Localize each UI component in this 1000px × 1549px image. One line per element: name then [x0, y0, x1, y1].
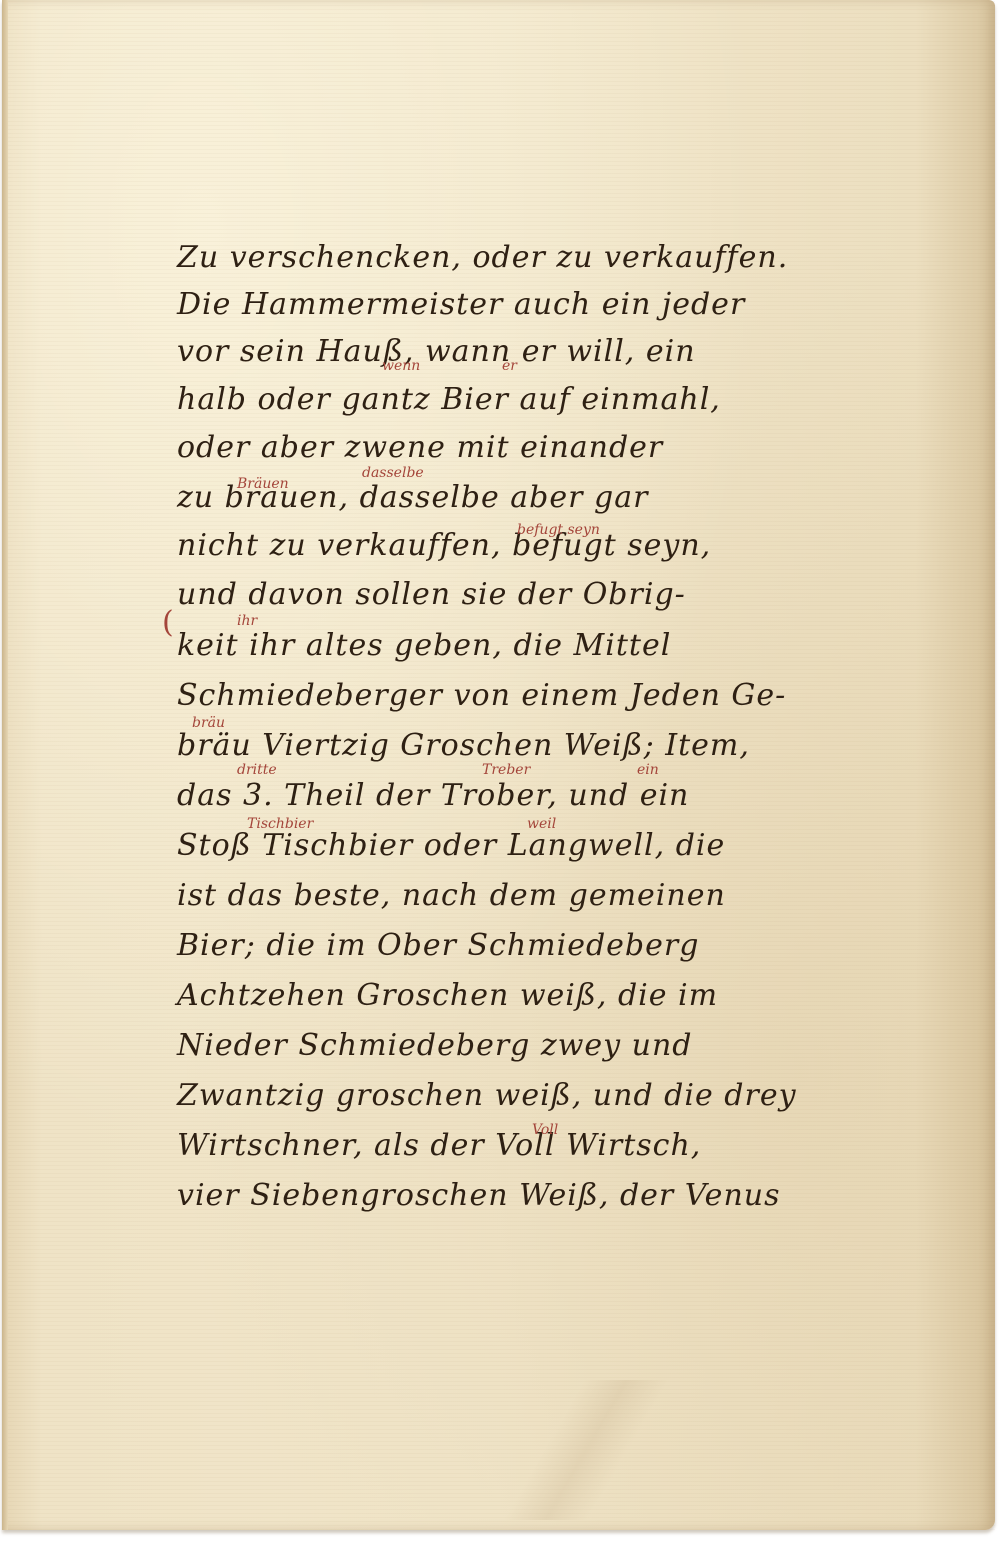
correction-note: ihr — [237, 613, 257, 629]
text-line: Die Hammermeister auch ein jeder — [177, 287, 745, 322]
correction-note: befugt seyn — [517, 522, 600, 538]
text-line: Zwantzig groschen weiß, und die drey — [177, 1078, 797, 1113]
text-line: Nieder Schmiedeberg zwey und — [177, 1028, 692, 1063]
correction-note: Treber — [482, 762, 530, 778]
text-line: das 3. Theil der Trober, und ein — [177, 778, 689, 813]
text-line: vier Siebengroschen Weiß, der Venus — [177, 1178, 780, 1213]
paper-fold-shadow — [472, 1380, 672, 1520]
correction-note: bräu — [192, 715, 225, 731]
correction-note: Bräuen — [237, 476, 289, 492]
text-line: und davon sollen sie der Obrig- — [177, 577, 686, 612]
text-line: Wirtschner, als der Voll Wirtsch, — [177, 1128, 701, 1163]
correction-note: Tischbier — [247, 816, 313, 832]
correction-mark: ( — [162, 605, 174, 640]
text-line: nicht zu verkauffen, befugt seyn, — [177, 528, 711, 563]
text-line: Achtzehen Groschen weiß, die im — [177, 978, 718, 1013]
text-line: Bier; die im Ober Schmiedeberg — [177, 928, 699, 963]
text-line: bräu Viertzig Groschen Weiß; Item, — [177, 728, 750, 763]
correction-note: dasselbe — [362, 465, 424, 481]
text-line: ist das beste, nach dem gemeinen — [177, 878, 726, 913]
text-line: oder aber zwene mit einander — [177, 430, 663, 465]
manuscript-page: Zu verschencken, oder zu verkauffen. Die… — [2, 0, 995, 1530]
text-line: Zu verschencken, oder zu verkauffen. — [177, 240, 788, 275]
correction-note: er — [502, 358, 517, 374]
correction-note: dritte — [237, 762, 277, 778]
text-line: keit ihr altes geben, die Mittel — [177, 628, 671, 663]
correction-note: Voll — [532, 1122, 558, 1138]
correction-note: weil — [527, 816, 556, 832]
text-line: halb oder gantz Bier auf einmahl, — [177, 382, 721, 417]
text-line: Schmiedeberger von einem Jeden Ge- — [177, 678, 786, 713]
page-spine-edge — [2, 0, 8, 1530]
text-line: vor sein Hauß, wann er will, ein — [177, 334, 696, 369]
text-line: Stoß Tischbier oder Langwell, die — [177, 828, 725, 863]
correction-note: ein — [637, 762, 659, 778]
correction-note: wenn — [382, 358, 420, 374]
